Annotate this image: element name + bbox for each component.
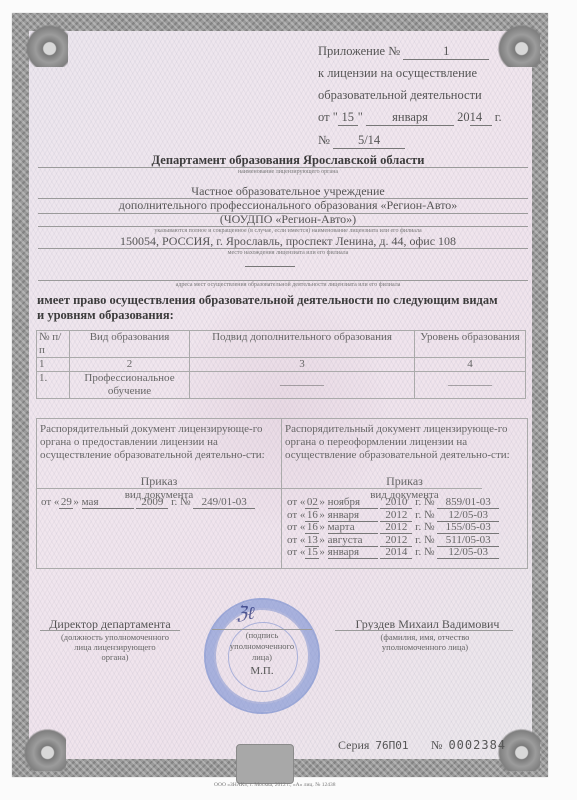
col-number: 2 <box>70 358 190 372</box>
seal-label: М.П. <box>240 665 284 677</box>
num-label: № <box>424 521 435 533</box>
security-plate-icon <box>236 744 294 784</box>
year-suffix: г. <box>415 534 421 546</box>
form-number-label: № <box>431 738 442 752</box>
form-series: Серия 76П01 <box>338 738 409 753</box>
date-year-suffix: 14 <box>470 110 492 126</box>
reissue-month: августа <box>328 534 378 547</box>
year-suffix: г. <box>415 546 421 558</box>
rights-statement-line1: имеет право осуществления образовательно… <box>37 293 498 308</box>
from-label: от <box>287 534 297 546</box>
corner-ornament-icon <box>494 21 540 67</box>
reissue-day: 16 <box>305 509 319 522</box>
table-header-row: № п/п Вид образования Подвид дополнитель… <box>37 331 526 358</box>
corner-ornament-icon <box>20 725 66 771</box>
header-level: Уровень образования <box>415 331 526 358</box>
name-caption: (фамилия, имя, отчество уполномоченного … <box>360 632 490 652</box>
rights-statement-line2: и уровням образования: <box>37 308 174 323</box>
from-label: от <box>287 546 297 558</box>
reissue-day: 15 <box>305 546 319 559</box>
from-label: от <box>287 509 297 521</box>
num-label: № <box>424 509 435 521</box>
col-number: 3 <box>190 358 415 372</box>
reissue-order-title: Распорядительный документ лицензирующе-г… <box>285 423 523 462</box>
reissue-order: от «15» января 2014 г. № 12/05-03 <box>287 546 499 559</box>
number-label: № <box>318 133 330 147</box>
date-month: января <box>366 110 454 126</box>
reissue-year: 2012 <box>380 534 412 547</box>
row-subkind: ———— <box>190 372 415 399</box>
licensee-short-name: (ЧОУДПО «Регион-Авто») <box>38 212 538 227</box>
reissue-month: марта <box>328 521 378 534</box>
licensor-name: Департамент образования Ярославской обла… <box>38 153 538 168</box>
reissue-number: 511/05-03 <box>437 534 499 547</box>
position-caption: (должность уполномоченного лица лицензир… <box>60 632 170 662</box>
reissue-month: ноября <box>328 496 378 509</box>
num-label: № <box>424 534 435 546</box>
num-label: № <box>424 546 435 558</box>
num-label: № <box>180 496 191 508</box>
orders-block: Распорядительный документ лицензирующе-г… <box>36 418 528 569</box>
grant-year: 2009 <box>136 496 168 509</box>
reissue-order: от «13» августа 2012 г. № 511/05-03 <box>287 534 499 547</box>
divider <box>38 248 528 249</box>
reissue-number: 12/05-03 <box>437 546 499 559</box>
date-suffix: г. <box>495 110 502 124</box>
signature-icon: ℨℓ <box>236 603 255 624</box>
licensor-caption: наименование лицензирующего органа <box>38 169 538 175</box>
header-number: № п/п <box>37 331 70 358</box>
year-suffix: г. <box>171 496 177 508</box>
divider <box>40 630 180 631</box>
grant-number: 249/01-03 <box>193 496 255 509</box>
reissue-order: от «02» ноября 2010 г. № 859/01-03 <box>287 496 499 509</box>
divider <box>335 630 513 631</box>
year-suffix: г. <box>415 521 421 533</box>
license-number: 5/14 <box>333 133 405 149</box>
reissue-year: 2012 <box>380 509 412 522</box>
date-year-prefix: 20 <box>457 110 470 124</box>
divider <box>38 226 528 227</box>
corner-ornament-icon <box>22 21 68 67</box>
licensee-name-line2: дополнительного профессионального образо… <box>38 198 538 213</box>
grant-doc-type: Приказ <box>37 475 281 488</box>
address-caption: место нахождения лицензиата или его фили… <box>38 250 538 256</box>
reissue-year: 2010 <box>380 496 412 509</box>
reissue-number: 859/01-03 <box>437 496 499 509</box>
reissue-number: 155/05-03 <box>437 521 499 534</box>
header-subkind: Подвид дополнительного образования <box>190 331 415 358</box>
form-number-value: 0002384 <box>448 738 506 752</box>
from-label: от <box>287 521 297 533</box>
grant-order-title: Распорядительный документ лицензирующе-г… <box>40 423 278 462</box>
reissue-number: 12/05-03 <box>437 509 499 522</box>
divider <box>38 167 528 168</box>
series-value: 76П01 <box>375 739 408 752</box>
activity-address-dash <box>245 266 295 267</box>
appendix-number: 1 <box>403 44 489 60</box>
license-date-line: от "15" января 2014 г. <box>318 110 502 126</box>
reissue-day: 02 <box>305 496 319 509</box>
year-suffix: г. <box>415 509 421 521</box>
reissue-month: января <box>328 509 378 522</box>
licensee-address: 150054, РОССИЯ, г. Ярославль, проспект Л… <box>38 234 538 249</box>
reissue-order: от «16» марта 2012 г. № 155/05-03 <box>287 521 499 534</box>
date-prefix: от <box>318 110 330 124</box>
row-level: ———— <box>415 372 526 399</box>
reissue-order: от «16» января 2012 г. № 12/05-03 <box>287 509 499 522</box>
reissue-year: 2014 <box>380 546 412 559</box>
reissue-year: 2012 <box>380 521 412 534</box>
form-number: № 0002384 <box>431 738 506 753</box>
col-number: 1 <box>37 358 70 372</box>
header-line-activity: образовательной деятельности <box>318 88 482 103</box>
table-numbering-row: 1 2 3 4 <box>37 358 526 372</box>
header-line-license: к лицензии на осуществление <box>318 66 477 81</box>
from-label: от <box>287 496 297 508</box>
education-kinds-table: № п/п Вид образования Подвид дополнитель… <box>36 330 526 399</box>
divider <box>38 280 528 281</box>
reissue-day: 13 <box>305 534 319 547</box>
grant-order: от «29» мая 2009 г. № 249/01-03 <box>41 496 255 509</box>
grant-day: 29 <box>59 496 73 509</box>
header-kind: Вид образования <box>70 331 190 358</box>
row-kind: Профессиональное обучение <box>70 372 190 399</box>
activity-address-caption: адреса мест осуществления образовательно… <box>38 282 538 288</box>
signature-caption: (подпись уполномоченного лица) <box>222 630 302 663</box>
reissue-month: января <box>328 546 378 559</box>
table-row: 1. Профессиональное обучение ———— ———— <box>37 372 526 399</box>
license-number-line: № 5/14 <box>318 133 405 149</box>
from-label: от <box>41 496 51 508</box>
grant-month: мая <box>82 496 134 509</box>
reissue-day: 16 <box>305 521 319 534</box>
appendix-label: Приложение № <box>318 44 400 58</box>
date-day: 15 <box>338 110 358 126</box>
row-number: 1. <box>37 372 70 399</box>
printer-imprint: ООО «ЗНАК», г. Москва, 2012 г., «А» лиц.… <box>214 782 336 788</box>
reissue-doc-type: Приказ <box>282 475 527 488</box>
licensee-name-line1: Частное образовательное учреждение <box>38 184 538 199</box>
col-number: 4 <box>415 358 526 372</box>
series-label: Серия <box>338 738 369 752</box>
num-label: № <box>424 496 435 508</box>
appendix-number-line: Приложение № 1 <box>318 44 489 60</box>
year-suffix: г. <box>415 496 421 508</box>
